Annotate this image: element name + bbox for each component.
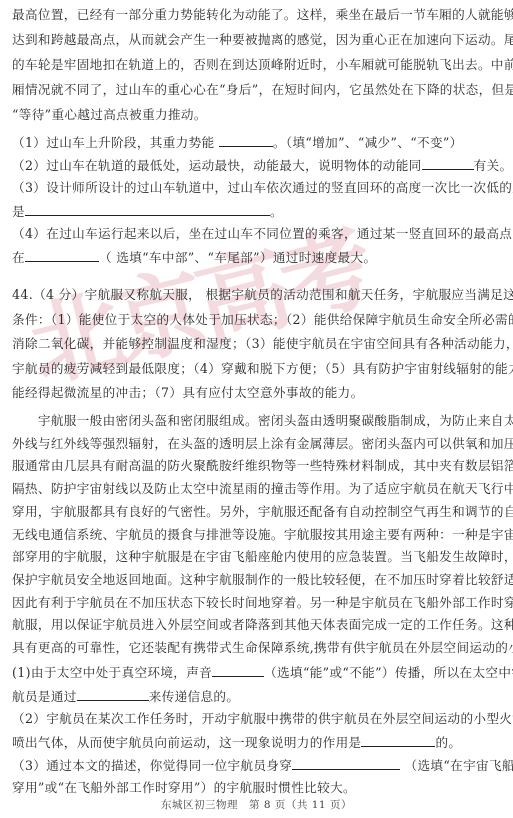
q44-part2-answer: 喷出气体，从而使宇航员向前运动，这一现象说明力的作用是的。: [12, 734, 502, 751]
q44-intro: 44.（4 分）宇航服又称航天服， 根据宇航员的活动范围和航天任务，宇航服应当满…: [12, 287, 502, 303]
q44-intro: 条件：（1）能使位于太空的人体处于加压状态；（2）能供给保障宇航员生命安全所必需…: [12, 312, 502, 328]
q44-body: 外线与红外线等强烈辐射，在头盔的透明层上涂有金属薄层。密闭头盔内可以供氧和加压。…: [12, 436, 502, 452]
passage-line: 达到和跨越最高点，从而就会产生一种要被抛离的感觉，因为重心正在加速向下运动。尾部…: [12, 32, 502, 48]
q43-part4-answer: 在（ 选填“车中部”、“车尾部”）通过时速度最大。: [12, 249, 502, 266]
q43-part2: （2）过山车在轨道的最低处，运动最快，动能最大，说明物体的动能同有关。: [12, 157, 502, 174]
passage-line: 的车轮是牢固地扣在轨道上的，否则在到达顶峰附近时，小车厢就可能脱轨飞出去。中前部…: [12, 57, 502, 73]
q44-part1-cont: 航员是通过来传递信息的。: [12, 688, 502, 705]
exam-page: 北京高考 最高位置，已经有一部分重力势能转化为动能了。这样，乘坐在最后一节车厢的…: [0, 0, 513, 818]
q43-part4: （4）在过山车运行起来以后，坐在过山车不同位置的乘客，通过某一竖直回环的最高点时…: [12, 226, 502, 242]
passage-line: “等待”重心越过高点被重力推动。: [12, 107, 502, 123]
q44-part1: (1)由于太空中处于真空环境，声音（选填“能”或“不能”）传播，所以在太空中宇: [12, 664, 502, 681]
q43-part1: （1）过山车上升阶段，其重力势能 。（填“增加”、“减少”、“不变”）: [12, 134, 502, 151]
q44-intro: 能经得起微流星的冲击；（7）具有应付太空意外事故的能力。: [12, 385, 502, 401]
answer-blank[interactable]: [361, 734, 435, 747]
q43-part3: （3）设计师所设计的过山车轨道中，过山车依次通过的竖直回环的高度一次比一次低的原…: [12, 180, 502, 196]
q44-body: 具有更高的可靠性，它还装配有携带式生命保障系统,携带有供宇航员在外层空间运动的小…: [12, 640, 502, 656]
q44-body: 服通常由几层具有耐高温的防火聚酰胺纤维织物等一些特殊材料制成，其中夹有数层铝箔，…: [12, 458, 502, 474]
answer-blank[interactable]: [25, 249, 99, 262]
q44-body: 宇航服一般由密闭头盔和密闭服组成。密闭头盔由透明聚碳酸脂制成，为防止来自太阳的紫: [12, 413, 502, 429]
q44-body: 隔热、防护宇宙射线以及防止太空中流星雨的撞击等作用。为了适应宇航员在航天飞行中长…: [12, 481, 502, 497]
q44-intro: 消除二氧化碳，并能够控制温度和湿度；（3）能使宇航员在宇宙空间具有各种活动能力，…: [12, 336, 502, 352]
q44-intro: 宇航员的疲劳减轻到最低限度；（4）穿戴和脱下方便；（5）具有防护宇宙射线辐射的能…: [12, 361, 502, 377]
passage-line: 厢情况就不同了，过山车的重心心在“身后”，在短时间内，它虽然处在下降的状态，但是…: [12, 82, 502, 98]
answer-blank[interactable]: [219, 134, 273, 147]
q44-body: 穿用，宇航服都具有良好的气密性。另外，宇航服还配备有自动控制空气再生和调节的自给…: [12, 504, 502, 520]
answer-blank[interactable]: [25, 203, 270, 216]
q44-body: 无线电通信系统、宇航员的摄食与排泄等设施。宇航服按其用途主要有两种：一种是宇宙飞…: [12, 527, 502, 543]
q44-body: 航服，用以保证宇航员进入外层空间或者降落到其他天体表面完成一定的工作任务。这种宇…: [12, 617, 502, 633]
passage-line: 最高位置，已经有一部分重力势能转化为动能了。这样，乘坐在最后一节车厢的人就能够快…: [12, 7, 502, 23]
q44-body: 保护宇航员安全地返回地面。这种宇航服制作的一般比较轻便，在不加压时穿着比较舒适、…: [12, 572, 502, 588]
q44-part2: （2）宇航员在某次工作任务时，开动宇航服中携带的供宇航员在外层空间运动的小型火箭…: [12, 711, 502, 727]
answer-blank[interactable]: [212, 664, 264, 677]
answer-blank[interactable]: [77, 688, 149, 701]
answer-blank[interactable]: [422, 157, 474, 170]
q44-body: 因此有利于宇航员在不加压状态下较长时间地穿着。另一种是宇航员在飞船外部工作时穿用…: [12, 595, 502, 611]
q44-body: 部穿用的宇航服，这种宇航服是在宇宙飞船座舱内使用的应急装置。当飞船发生故障时，它…: [12, 549, 502, 565]
q43-part3-answer: 是。: [12, 203, 502, 220]
